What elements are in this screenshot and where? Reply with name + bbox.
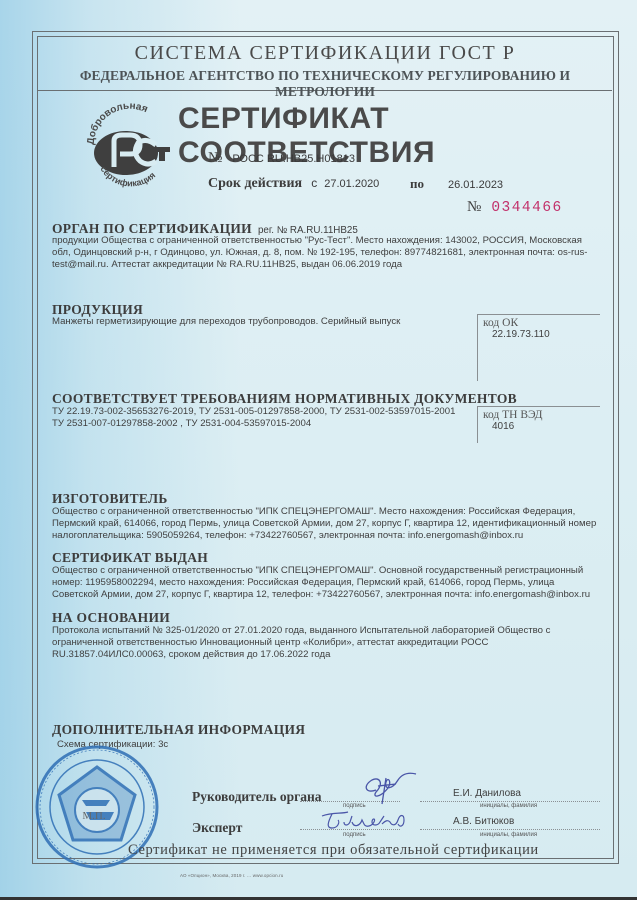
stamp-label: М.П. [82, 810, 105, 822]
basis-text: Протокола испытаний № 325-01/2020 от 27.… [52, 625, 550, 661]
text-line: налогоплательщика: 5905059264, телефон: … [52, 530, 596, 542]
product-text: Манжеты герметизирующие для переходов тр… [52, 316, 400, 328]
expert-signature-icon [318, 808, 413, 834]
text-line: RU.31857.04ИЛС0.00063, сроком действия д… [52, 649, 550, 661]
valid-from-date: 27.01.2020 [324, 178, 379, 190]
certification-body-text: продукции Общества с ограниченной ответс… [52, 235, 587, 271]
basis-heading: НА ОСНОВАНИИ [52, 610, 170, 626]
number-sign: № [208, 150, 222, 166]
expert-label: Эксперт [192, 820, 242, 836]
head-name: Е.И. Данилова [453, 788, 521, 799]
tn-ved-code-label: код ТН ВЭД [478, 407, 600, 421]
manufacturer-heading: ИЗГОТОВИТЕЛЬ [52, 491, 168, 507]
expert-name: А.В. Битюков [453, 816, 514, 827]
ok-code-box: код ОК 22.19.73.110 [477, 314, 600, 381]
text-line: Протокола испытаний № 325-01/2020 от 27.… [52, 625, 550, 637]
text-line: test@mail.ru. Аттестат аккредитации № RA… [52, 259, 587, 271]
expert-name-line [420, 829, 600, 830]
text-line: ТУ 22.19.73-002-35653276-2019, ТУ 2531-0… [52, 406, 455, 418]
ok-code-label: код ОК [478, 315, 600, 329]
text-line: ограниченной ответственностью Инновацион… [52, 637, 550, 649]
validity-label: Срок действия [208, 176, 302, 191]
validity-from-prefix: с [311, 176, 317, 190]
tn-ved-code-box: код ТН ВЭД 4016 [477, 406, 600, 443]
head-name-caption: инициалы, фамилия [480, 803, 537, 809]
certificate-number-row: №РОСС RU.НВ25.Н01813 [208, 150, 355, 167]
text-line: ТУ 2531-007-01297858-2002 , ТУ 2531-004-… [52, 418, 455, 430]
blank-number-sign: № [467, 199, 481, 215]
conformity-heading: СООТВЕТСТВУЕТ ТРЕБОВАНИЯМ НОРМАТИВНЫХ ДО… [52, 391, 517, 407]
tn-ved-code-value: 4016 [478, 421, 600, 432]
validity-to: по26.01.2023 [410, 176, 503, 192]
head-signature-icon [358, 768, 420, 808]
expert-name-caption: инициалы, фамилия [480, 832, 537, 838]
validity-to-label: по [410, 176, 424, 191]
text-line: Общество с ограниченной ответственностью… [52, 506, 596, 518]
ok-code-value: 22.19.73.110 [478, 329, 600, 340]
certification-body-title: ОРГАН ПО СЕРТИФИКАЦИИ [52, 221, 252, 236]
additional-info-heading: ДОПОЛНИТЕЛЬНАЯ ИНФОРМАЦИЯ [52, 722, 305, 738]
text-line: Пермский край, 614066, город Пермь, улиц… [52, 518, 596, 530]
head-name-line [420, 801, 600, 802]
blank-number: 0344466 [491, 200, 562, 216]
certificate-number: РОСС RU.НВ25.Н01813 [232, 153, 355, 165]
manufacturer-text: Общество с ограниченной ответственностью… [52, 506, 596, 542]
validity-from: Срок действия с 27.01.2020 [208, 176, 379, 192]
rst-logo-icon: Добровольная сертификация [86, 103, 172, 193]
text-line: номер: 1195958002294, место нахождения: … [52, 577, 590, 589]
conformity-text: ТУ 22.19.73-002-35653276-2019, ТУ 2531-0… [52, 406, 455, 430]
issued-to-text: Общество с ограниченной ответственностью… [52, 565, 590, 601]
text-line: Общество с ограниченной ответственностью… [52, 565, 590, 577]
mandatory-certification-notice: Сертификат не применяется при обязательн… [128, 842, 539, 859]
agency-name: ФЕДЕРАЛЬНОЕ АГЕНТСТВО ПО ТЕХНИЧЕСКОМУ РЕ… [38, 68, 612, 100]
text-line: продукции Общества с ограниченной ответс… [52, 235, 587, 247]
text-line: обл, Одинцовский р-н, г Одинцово, ул. Юж… [52, 247, 587, 259]
valid-to-date: 26.01.2023 [448, 179, 503, 191]
issued-to-heading: СЕРТИФИКАТ ВЫДАН [52, 550, 208, 566]
blank-number-row: №0344466 [467, 198, 563, 216]
head-of-body-label: Руководитель органа [192, 789, 322, 805]
system-title: СИСТЕМА СЕРТИФИКАЦИИ ГОСТ Р [38, 42, 612, 65]
printer-imprint: АО «Опцион», Москва, 2019 г. … www.opcio… [180, 873, 283, 878]
text-line: Советской Армии, дом 27, корпус Г, кварт… [52, 589, 590, 601]
